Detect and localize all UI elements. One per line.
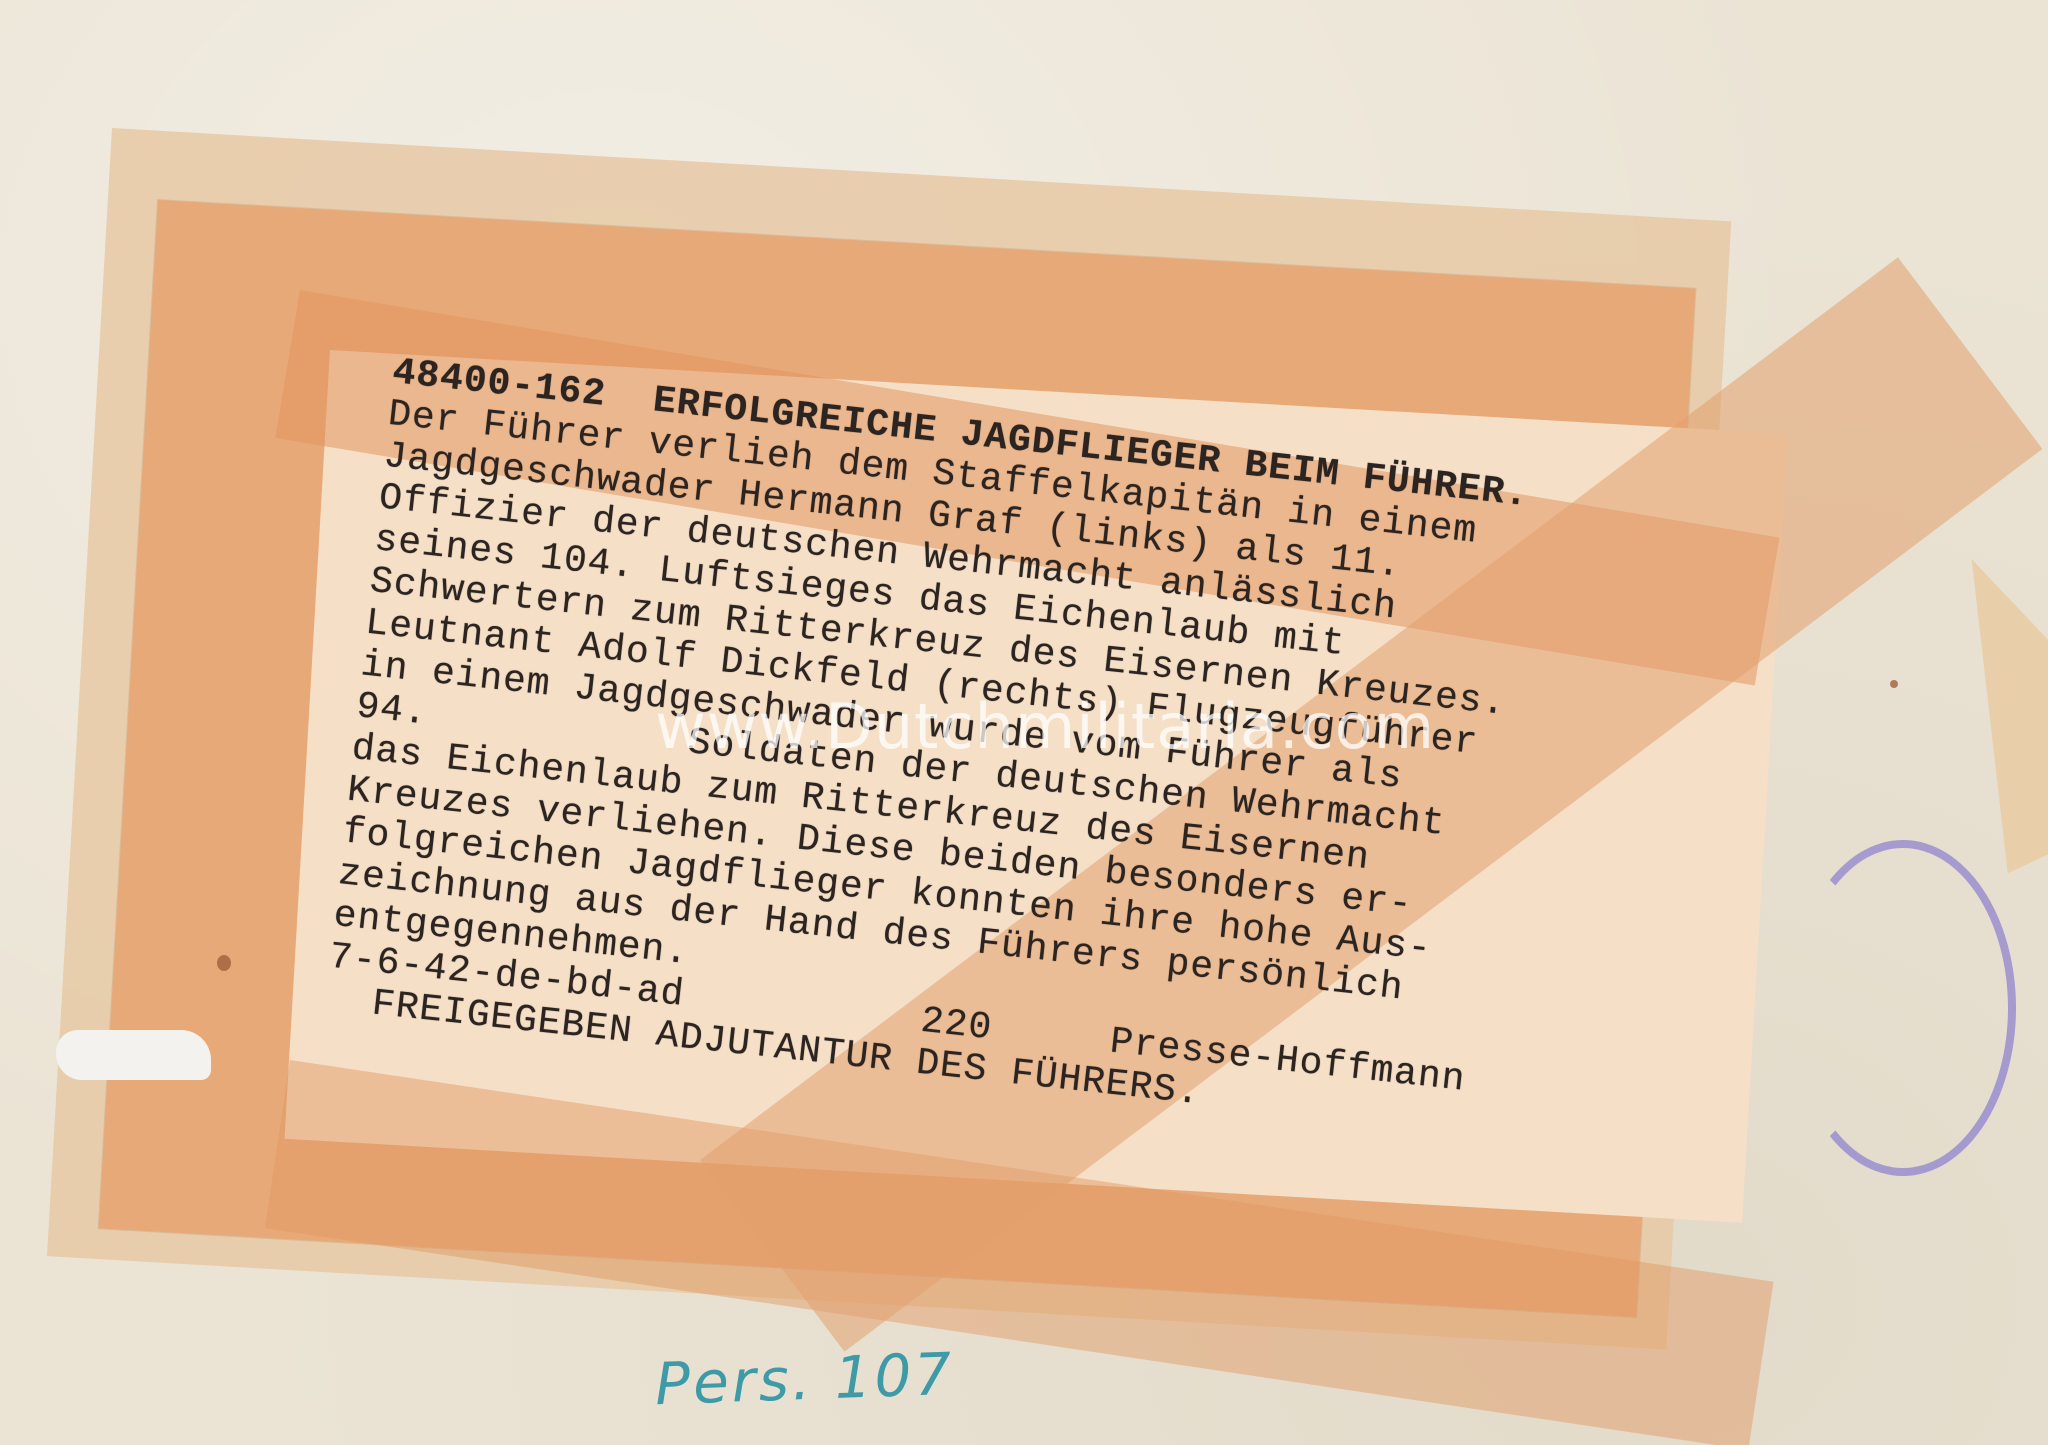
stain-spot [1890, 680, 1898, 688]
stain-spot [217, 955, 231, 971]
paper-tear-mark [56, 1030, 211, 1080]
watermark: www.Dutchmilitaria.com [655, 690, 1435, 763]
purple-stamp-fragment [1790, 840, 2016, 1176]
handwritten-reference: Pers. 107 [654, 1340, 956, 1418]
